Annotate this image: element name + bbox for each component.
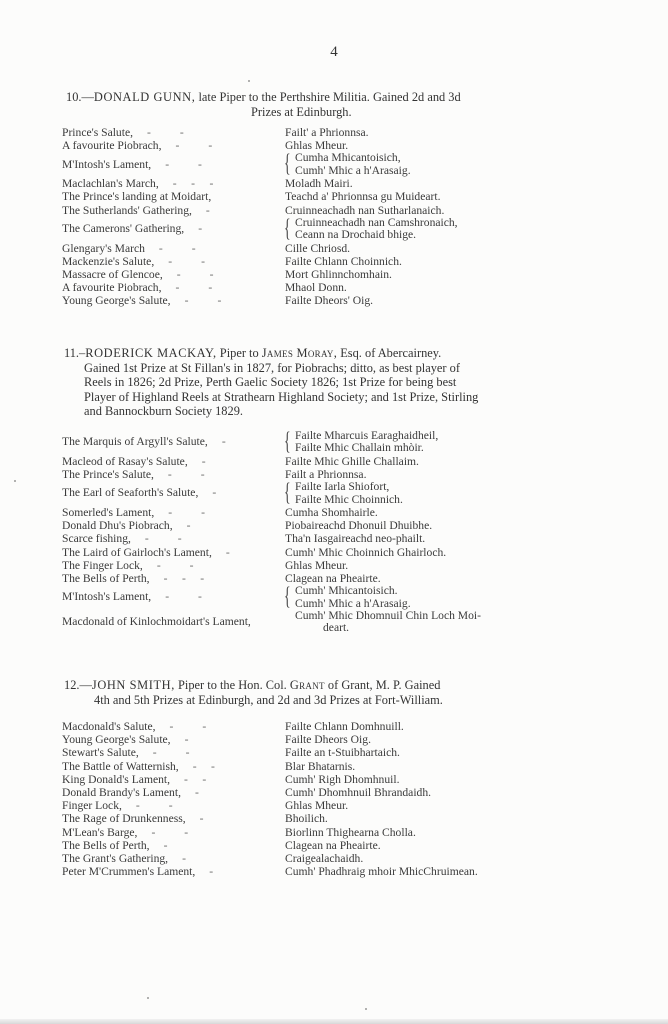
gaelic-line: Ghlas Mheur. [285, 559, 582, 572]
gaelic-line: Cumh' Mhic a h'Arasaig. [295, 165, 582, 177]
gaelic-line: Failte Dheors Oig. [285, 733, 582, 746]
gaelic-line: Mhaol Donn. [285, 281, 582, 294]
tune-english-text: Finger Lock, [62, 799, 122, 812]
tune-gaelic-title: {Failte Iarla Shiofort,Failte Mhic Choin… [285, 481, 582, 506]
dash-leader: - - [176, 139, 213, 152]
brace-icon: { [284, 153, 291, 175]
tune-english-text: Maclachlan's March, [62, 177, 159, 190]
tune-row: M'Lean's Barge,- -Biorlinn Thighearna Ch… [62, 826, 582, 839]
tune-english-title: Stewart's Salute,- - [62, 746, 285, 759]
tune-row: M'Intosh's Lament,- -{Cumh' Mhicantoisic… [62, 585, 582, 610]
dash-leader: - - [176, 281, 213, 294]
dash-leader: - [209, 865, 213, 878]
gaelic-line: Teachd a' Phrionnsa gu Muideart. [285, 190, 582, 203]
gaelic-line: Failte Dheors' Oig. [285, 294, 582, 307]
tune-english-title: The Camerons' Gathering,- [62, 217, 285, 242]
dash-leader: - [222, 436, 226, 448]
tune-english-title: A favourite Piobrach,- - [62, 281, 285, 294]
scan-speck [14, 480, 16, 482]
tune-english-text: The Battle of Watternish, [62, 760, 179, 773]
tune-english-text: Massacre of Glencoe, [62, 268, 163, 281]
tune-english-title: Scarce fishing,- - [62, 532, 285, 545]
tune-english-text: Macdonald's Salute, [62, 720, 156, 733]
gaelic-line: Cumh' Dhomhnuil Bhrandaidh. [285, 786, 582, 799]
tune-english-text: M'Lean's Barge, [62, 826, 137, 839]
gaelic-line: Ghlas Mheur. [285, 799, 582, 812]
tune-english-title: The Bells of Perth,- - - [62, 572, 285, 585]
tune-row: The Bells of Perth,-Clagean na Pheairte. [62, 839, 582, 852]
tune-english-title: King Donald's Lament,- - [62, 773, 285, 786]
tune-row: M'Intosh's Lament,- -{Cumha Mhicantoisic… [62, 152, 582, 177]
tune-row: The Finger Lock,- -Ghlas Mheur. [62, 559, 582, 572]
tune-english-text: The Earl of Seaforth's Salute, [62, 487, 198, 499]
entry-10-heading-line2: Prizes at Edinburgh. [66, 105, 626, 120]
gaelic-line: Piobaireachd Dhonuil Dhuibhe. [285, 519, 582, 532]
gaelic-line: deart. [295, 622, 582, 634]
dash-leader: - - [165, 159, 202, 171]
tune-english-title: The Prince's Salute,- - [62, 468, 285, 481]
tune-english-title: Macleod of Rasay's Salute,- [62, 455, 285, 468]
tune-gaelic-title: Failte Chlann Domhnuill. [285, 720, 582, 733]
tune-english-text: The Finger Lock, [62, 559, 143, 572]
tune-gaelic-title: {Cumh' Mhicantoisich.Cumh' Mhic a h'Aras… [285, 585, 582, 610]
gaelic-line: Cumha Mhicantoisich, [295, 152, 582, 164]
tune-english-title: Macdonald of Kinlochmoidart's Lament, [62, 610, 285, 635]
tune-row: The Earl of Seaforth's Salute,-{Failte I… [62, 481, 582, 506]
tune-row: A favourite Piobrach,- -Mhaol Donn. [62, 281, 582, 294]
tune-english-title: The Bells of Perth,- [62, 839, 285, 852]
tune-row: The Laird of Gairloch's Lament,-Cumh' Mh… [62, 546, 582, 559]
entry-11-heading-line3: Reels in 1826; 2d Prize, Perth Gaelic So… [64, 375, 624, 390]
tune-row: The Grant's Gathering,-Craigealachaidh. [62, 852, 582, 865]
entry-11-heading-line5: and Bannockburn Society 1829. [64, 404, 624, 419]
gaelic-line: Cruinneachadh nan Sutharlanaich. [285, 204, 582, 217]
gaelic-line: Failte Mhic Choinnich. [295, 494, 582, 506]
gaelic-line: Tha'n Iasgaireachd neo-phailt. [285, 532, 582, 545]
dash-leader: - - [177, 268, 214, 281]
tune-row: King Donald's Lament,- -Cumh' Righ Dhomh… [62, 773, 582, 786]
tune-row: Peter M'Crummen's Lament,-Cumh' Phadhrai… [62, 865, 582, 878]
dash-leader: - - - [173, 177, 214, 190]
tune-english-title: The Rage of Drunkenness,- [62, 812, 285, 825]
tune-english-title: The Marquis of Argyll's Salute,- [62, 430, 285, 455]
tune-english-text: Prince's Salute, [62, 126, 133, 139]
tune-gaelic-title: Biorlinn Thighearna Cholla. [285, 826, 582, 839]
tune-gaelic-title: Craigealachaidh. [285, 852, 582, 865]
tune-english-title: Finger Lock,- - [62, 799, 285, 812]
entry-11-heading-line2: Gained 1st Prize at St Fillan's in 1827,… [64, 361, 624, 376]
dash-leader: - [200, 812, 204, 825]
tune-row: The Sutherlands' Gathering,-Cruinneachad… [62, 204, 582, 217]
page-number: 4 [0, 44, 668, 61]
tune-english-title: Macdonald's Salute,- - [62, 720, 285, 733]
tune-english-text: King Donald's Lament, [62, 773, 170, 786]
dash-leader: - - [147, 126, 184, 139]
tune-english-title: M'Intosh's Lament,- - [62, 152, 285, 177]
dash-leader: - [164, 839, 168, 852]
tune-gaelic-title: Ghlas Mheur. [285, 799, 582, 812]
tune-gaelic-title: {Cumha Mhicantoisich,Cumh' Mhic a h'Aras… [285, 152, 582, 177]
gaelic-line: Ceann na Drochaid bhige. [295, 229, 582, 241]
brace-icon: { [284, 431, 291, 453]
scan-speck [147, 997, 149, 999]
tune-english-text: M'Intosh's Lament, [62, 591, 151, 603]
dash-leader: - [182, 852, 186, 865]
tune-gaelic-title: Mhaol Donn. [285, 281, 582, 294]
brace-icon: { [284, 482, 291, 504]
gaelic-line: Bhoilich. [285, 812, 582, 825]
tune-row: Young George's Salute,- -Failte Dheors' … [62, 294, 582, 307]
tune-row: Stewart's Salute,- -Failte an t-Stuibhar… [62, 746, 582, 759]
tune-english-title: Somerled's Lament,- - [62, 506, 285, 519]
tune-row: Maclachlan's March,- - -Moladh Mairi. [62, 177, 582, 190]
tune-gaelic-title: Ghlas Mheur. [285, 559, 582, 572]
gaelic-line: Failte Chlann Domhnuill. [285, 720, 582, 733]
gaelic-line: Craigealachaidh. [285, 852, 582, 865]
dash-leader: - - [185, 294, 222, 307]
tune-english-title: Donald Brandy's Lament,- [62, 786, 285, 799]
tune-row: Scarce fishing,- -Tha'n Iasgaireachd neo… [62, 532, 582, 545]
tune-gaelic-title: Failte Dheors Oig. [285, 733, 582, 746]
tune-english-text: Mackenzie's Salute, [62, 255, 154, 268]
tune-gaelic-title: Moladh Mairi. [285, 177, 582, 190]
gaelic-line: Cumh' Phadhraig mhoir MhicChruimean. [285, 865, 582, 878]
tune-english-title: Donald Dhu's Piobrach,- [62, 519, 285, 532]
dash-leader: - [195, 786, 199, 799]
entry-10-heading: 10.—DONALD GUNN, late Piper to the Perth… [66, 90, 626, 119]
gaelic-line: Cille Chriosd. [285, 242, 582, 255]
dash-leader: - - [184, 773, 206, 786]
tune-row: Mackenzie's Salute,- -Failte Chlann Choi… [62, 255, 582, 268]
tune-gaelic-title: Tha'n Iasgaireachd neo-phailt. [285, 532, 582, 545]
gaelic-line: Blar Bhatarnis. [285, 760, 582, 773]
tune-english-text: The Bells of Perth, [62, 839, 150, 852]
dash-leader: - [187, 519, 191, 532]
tune-english-title: The Laird of Gairloch's Lament,- [62, 546, 285, 559]
tune-row: The Prince's landing at Moidart,Teachd a… [62, 190, 582, 203]
tune-gaelic-title: Cumh' Mhic Dhomnuil Chin Loch Moi-deart. [285, 610, 582, 635]
tune-row: Finger Lock,- -Ghlas Mheur. [62, 799, 582, 812]
page-edge-shadow [0, 1019, 668, 1024]
tune-row: The Marquis of Argyll's Salute,-{Failte … [62, 430, 582, 455]
entry-11-tune-list: The Marquis of Argyll's Salute,-{Failte … [62, 430, 582, 635]
tune-english-text: The Rage of Drunkenness, [62, 812, 186, 825]
tune-english-title: The Sutherlands' Gathering,- [62, 204, 285, 217]
tune-english-title: Mackenzie's Salute,- - [62, 255, 285, 268]
dash-leader: - - [136, 799, 173, 812]
tune-row: Macdonald of Kinlochmoidart's Lament,Cum… [62, 610, 582, 635]
piper-name: JOHN SMITH, [92, 678, 175, 692]
scan-speck [365, 1008, 367, 1010]
tune-gaelic-title: Failte Chlann Choinnich. [285, 255, 582, 268]
gaelic-line: Failte Chlann Choinnich. [285, 255, 582, 268]
tune-english-text: Stewart's Salute, [62, 746, 139, 759]
dash-leader: - - [193, 760, 215, 773]
tune-row: Macdonald's Salute,- -Failte Chlann Domh… [62, 720, 582, 733]
tune-english-title: Glengary's March- - [62, 242, 285, 255]
brace-icon: { [284, 218, 291, 240]
brace-icon: { [284, 586, 291, 608]
tune-english-text: Young George's Salute, [62, 294, 171, 307]
tune-gaelic-title: Failte an t-Stuibhartaich. [285, 746, 582, 759]
tune-gaelic-title: Cumha Shomhairle. [285, 506, 582, 519]
tune-row: The Rage of Drunkenness,-Bhoilich. [62, 812, 582, 825]
tune-english-title: The Grant's Gathering,- [62, 852, 285, 865]
dash-leader: - - [168, 468, 205, 481]
tune-english-text: The Grant's Gathering, [62, 852, 168, 865]
dash-leader: - - - [164, 572, 205, 585]
dash-leader: - [206, 204, 210, 217]
dash-leader: - [226, 546, 230, 559]
tune-english-title: Young George's Salute,- [62, 733, 285, 746]
tune-english-text: Donald Dhu's Piobrach, [62, 519, 173, 532]
tune-english-title: Peter M'Crummen's Lament,- [62, 865, 285, 878]
dash-leader: - [198, 223, 202, 235]
tune-english-title: Massacre of Glencoe,- - [62, 268, 285, 281]
tune-gaelic-title: Cruinneachadh nan Sutharlanaich. [285, 204, 582, 217]
entry-11-heading-line4: Player of Highland Reels at Strathearn H… [64, 390, 624, 405]
tune-gaelic-title: Mort Ghlinnchomhain. [285, 268, 582, 281]
dash-leader: - - [145, 532, 182, 545]
tune-english-text: Macdonald of Kinlochmoidart's Lament, [62, 616, 251, 628]
tune-english-title: A favourite Piobrach,- - [62, 139, 285, 152]
tune-english-title: The Prince's landing at Moidart, [62, 190, 285, 203]
scan-speck [248, 80, 250, 82]
tune-row: The Camerons' Gathering,-{Cruinneachadh … [62, 217, 582, 242]
dash-leader: - - [157, 559, 194, 572]
tune-english-title: Prince's Salute,- - [62, 126, 285, 139]
dash-leader: - - [168, 255, 205, 268]
tune-gaelic-title: Piobaireachd Dhonuil Dhuibhe. [285, 519, 582, 532]
dash-leader: - - [165, 591, 202, 603]
tune-row: Massacre of Glencoe,- -Mort Ghlinnchomha… [62, 268, 582, 281]
dash-leader: - - [151, 826, 188, 839]
tune-row: Donald Dhu's Piobrach,-Piobaireachd Dhon… [62, 519, 582, 532]
tune-english-text: Glengary's March [62, 242, 145, 255]
dash-leader: - - [153, 746, 190, 759]
entry-12-heading-line1: 12.—JOHN SMITH, Piper to the Hon. Col. G… [64, 678, 624, 693]
tune-gaelic-title: Cumh' Righ Dhomhnuil. [285, 773, 582, 786]
tune-gaelic-title: Clagean na Pheairte. [285, 839, 582, 852]
tune-english-text: M'Intosh's Lament, [62, 159, 151, 171]
tune-english-text: A favourite Piobrach, [62, 139, 162, 152]
tune-english-text: The Laird of Gairloch's Lament, [62, 546, 212, 559]
tune-english-text: Donald Brandy's Lament, [62, 786, 181, 799]
tune-row: Somerled's Lament,- -Cumha Shomhairle. [62, 506, 582, 519]
tune-english-text: The Camerons' Gathering, [62, 223, 184, 235]
tune-row: Glengary's March- -Cille Chriosd. [62, 242, 582, 255]
dash-leader: - [202, 455, 206, 468]
entry-12-heading-line2: 4th and 5th Prizes at Edinburgh, and 2d … [64, 693, 624, 708]
tune-english-title: M'Lean's Barge,- - [62, 826, 285, 839]
gaelic-line: Failte an t-Stuibhartaich. [285, 746, 582, 759]
tune-gaelic-title: Bhoilich. [285, 812, 582, 825]
tune-row: The Battle of Watternish,- -Blar Bhatarn… [62, 760, 582, 773]
entry-12-tune-list: Macdonald's Salute,- -Failte Chlann Domh… [62, 720, 582, 878]
tune-gaelic-title: Teachd a' Phrionnsa gu Muideart. [285, 190, 582, 203]
gaelic-line: Cumh' Righ Dhomhnuil. [285, 773, 582, 786]
gaelic-line: Failte Mhic Challain mhòir. [295, 442, 582, 454]
gaelic-line: Failt' a Phrionnsa. [285, 126, 582, 139]
tune-row: Prince's Salute,- -Failt' a Phrionnsa. [62, 126, 582, 139]
entry-10-heading-line1: 10.—DONALD GUNN, late Piper to the Perth… [66, 90, 626, 105]
tune-english-text: The Prince's Salute, [62, 468, 154, 481]
tune-english-title: The Finger Lock,- - [62, 559, 285, 572]
tune-gaelic-title: Failte Dheors' Oig. [285, 294, 582, 307]
tune-gaelic-title: Failt' a Phrionnsa. [285, 126, 582, 139]
dash-leader: - [212, 487, 216, 499]
gaelic-line: Cumh' Mhicantoisich. [295, 585, 582, 597]
tune-english-title: Maclachlan's March,- - - [62, 177, 285, 190]
gaelic-line: Mort Ghlinnchomhain. [285, 268, 582, 281]
gaelic-line: Cumha Shomhairle. [285, 506, 582, 519]
tune-english-text: Macleod of Rasay's Salute, [62, 455, 188, 468]
entry-11-heading-line1: 11.–RODERICK MACKAY, Piper to James Mora… [64, 346, 624, 361]
tune-gaelic-title: {Failte Mharcuis Earaghaidheil,Failte Mh… [285, 430, 582, 455]
entry-10-tune-list: Prince's Salute,- -Failt' a Phrionnsa.A … [62, 126, 582, 308]
tune-gaelic-title: Failte Mhic Ghille Challaim. [285, 455, 582, 468]
tune-gaelic-title: Cumh' Phadhraig mhoir MhicChruimean. [285, 865, 582, 878]
tune-english-text: Somerled's Lament, [62, 506, 154, 519]
tune-gaelic-title: Blar Bhatarnis. [285, 760, 582, 773]
piper-name: DONALD GUNN, [94, 90, 196, 104]
piper-name: RODERICK MACKAY, [85, 346, 216, 360]
tune-english-text: The Sutherlands' Gathering, [62, 204, 192, 217]
gaelic-line: Cumh' Mhic Choinnich Ghairloch. [285, 546, 582, 559]
tune-english-title: The Battle of Watternish,- - [62, 760, 285, 773]
gaelic-line: Biorlinn Thighearna Cholla. [285, 826, 582, 839]
tune-english-text: A favourite Piobrach, [62, 281, 162, 294]
tune-english-text: The Bells of Perth, [62, 572, 150, 585]
tune-gaelic-title: Cumh' Mhic Choinnich Ghairloch. [285, 546, 582, 559]
tune-english-text: Scarce fishing, [62, 532, 131, 545]
gaelic-line: Clagean na Pheairte. [285, 839, 582, 852]
tune-english-text: The Prince's landing at Moidart, [62, 190, 211, 203]
tune-row: Donald Brandy's Lament,-Cumh' Dhomhnuil … [62, 786, 582, 799]
gaelic-line: Moladh Mairi. [285, 177, 582, 190]
document-page: 4 10.—DONALD GUNN, late Piper to the Per… [0, 0, 668, 1024]
dash-leader: - [185, 733, 189, 746]
tune-english-text: Peter M'Crummen's Lament, [62, 865, 195, 878]
tune-gaelic-title: Cille Chriosd. [285, 242, 582, 255]
tune-english-text: Young George's Salute, [62, 733, 171, 746]
entry-11-heading: 11.–RODERICK MACKAY, Piper to James Mora… [64, 346, 624, 419]
tune-english-title: M'Intosh's Lament,- - [62, 585, 285, 610]
tune-english-title: The Earl of Seaforth's Salute,- [62, 481, 285, 506]
gaelic-line: Failte Mhic Ghille Challaim. [285, 455, 582, 468]
tune-gaelic-title: Cumh' Dhomhnuil Bhrandaidh. [285, 786, 582, 799]
dash-leader: - - [170, 720, 207, 733]
dash-leader: - - [168, 506, 205, 519]
dash-leader: - - [159, 242, 196, 255]
tune-english-title: Young George's Salute,- - [62, 294, 285, 307]
tune-row: Young George's Salute,-Failte Dheors Oig… [62, 733, 582, 746]
tune-row: Macleod of Rasay's Salute,-Failte Mhic G… [62, 455, 582, 468]
tune-gaelic-title: {Cruinneachadh nan Camshronaich,Ceann na… [285, 217, 582, 242]
tune-english-text: The Marquis of Argyll's Salute, [62, 436, 208, 448]
entry-12-heading: 12.—JOHN SMITH, Piper to the Hon. Col. G… [64, 678, 624, 707]
gaelic-line: Failte Iarla Shiofort, [295, 481, 582, 493]
